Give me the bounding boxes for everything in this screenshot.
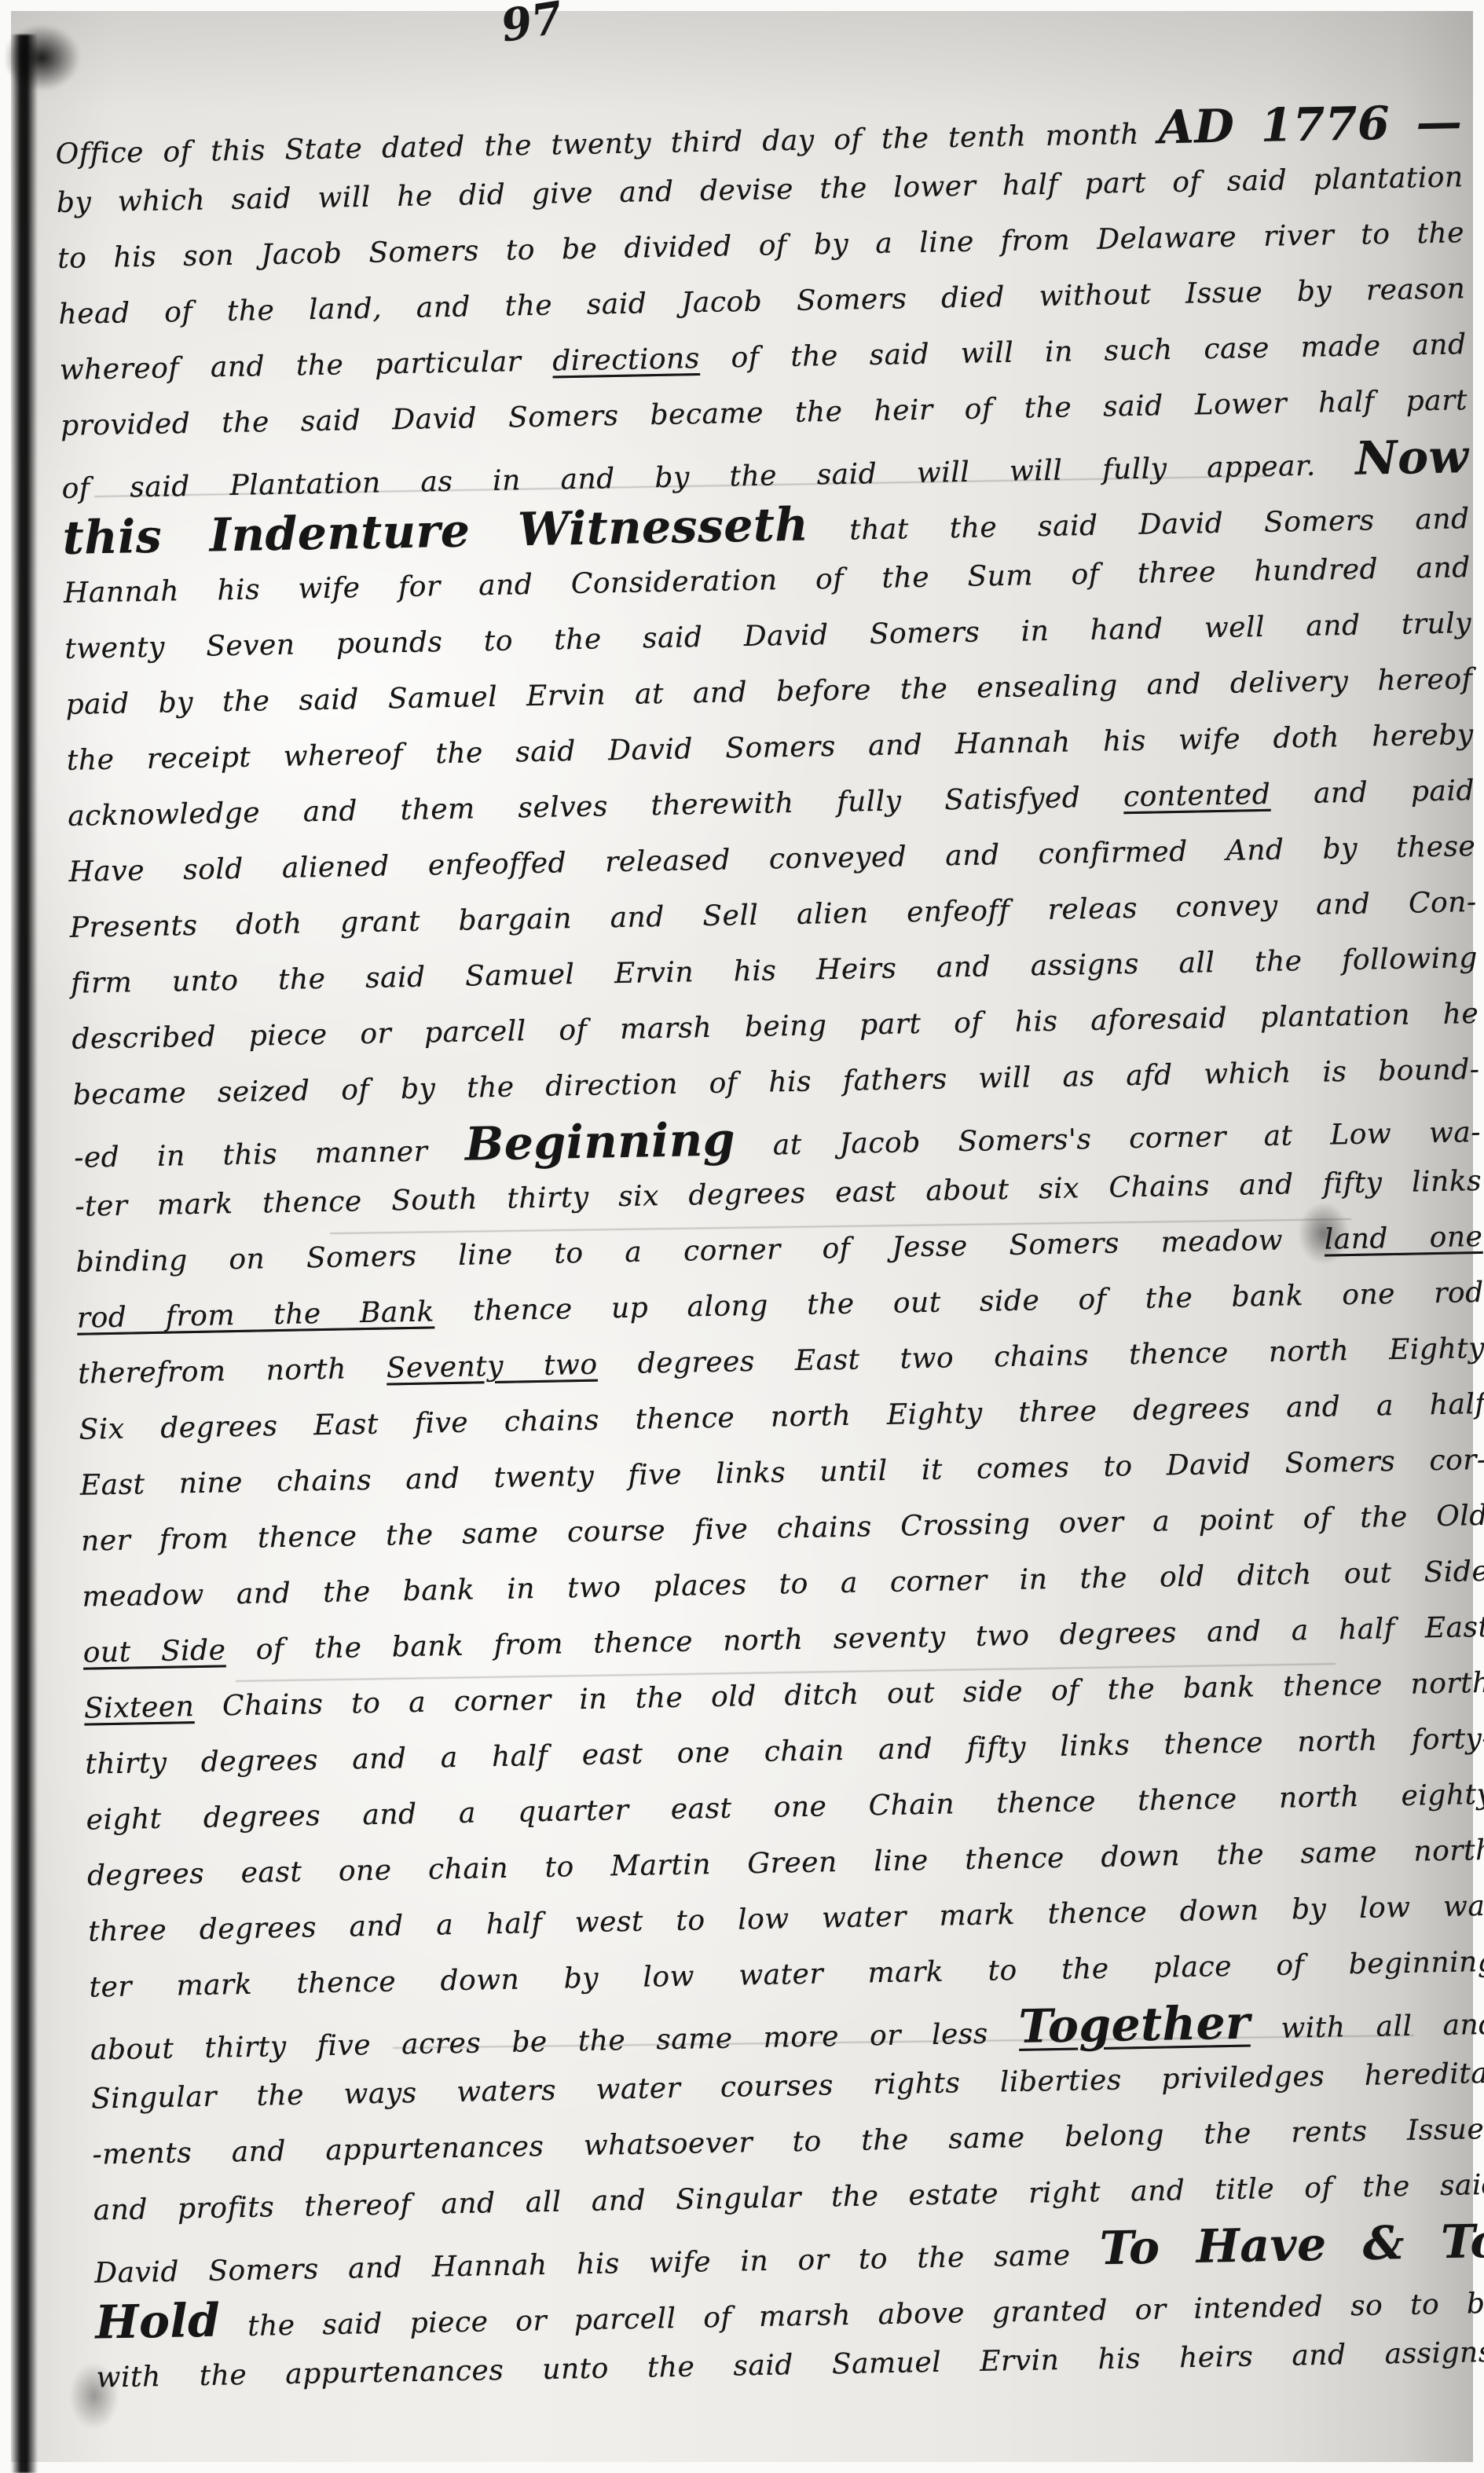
manuscript-segment: and paid [1270,775,1475,811]
scanned-manuscript-page: 97 Office of this State dated the twenty… [0,0,1484,2473]
scan-corner-shadow [6,22,124,124]
manuscript-emphasis: Together [1018,1995,1251,2054]
manuscript-emphasis: Sixteen [84,1691,195,1725]
page-number: 97 [498,0,566,49]
manuscript-segment: -ed in this manner [74,1135,466,1174]
manuscript-segment: that the said David Somers and [808,503,1470,547]
manuscript-emphasis: directions [552,343,700,377]
manuscript-segment: thence up along the out side of the bank… [434,1277,1484,1328]
manuscript-segment: whereof and the particular [59,345,552,386]
manuscript-segment: of the said will in such case made and [699,328,1467,375]
manuscript-segment: degrees East two chains thence north Eig… [597,1332,1484,1381]
manuscript-emphasis: land one [1324,1221,1482,1256]
manuscript-text: Office of this State dated the twenty th… [55,93,1484,2405]
manuscript-segment: therefrom north [78,1353,387,1390]
manuscript-segment: with all and [1250,2009,1484,2046]
manuscript-emphasis: Now [1355,429,1469,485]
scan-edge-left [11,35,38,2473]
manuscript-emphasis: AD 1776 — [1158,94,1463,154]
manuscript-emphasis: contented [1123,779,1271,813]
manuscript-emphasis: Beginning [464,1112,735,1171]
manuscript-emphasis: To Have & To [1099,2214,1484,2275]
manuscript-emphasis: rod from the Bank [77,1295,435,1334]
manuscript-emphasis: Seventy two [387,1349,598,1385]
manuscript-emphasis: Hold [95,2293,221,2350]
manuscript-segment: acknowledge and them selves therewith fu… [68,781,1124,833]
manuscript-emphasis: out Side [82,1634,225,1669]
